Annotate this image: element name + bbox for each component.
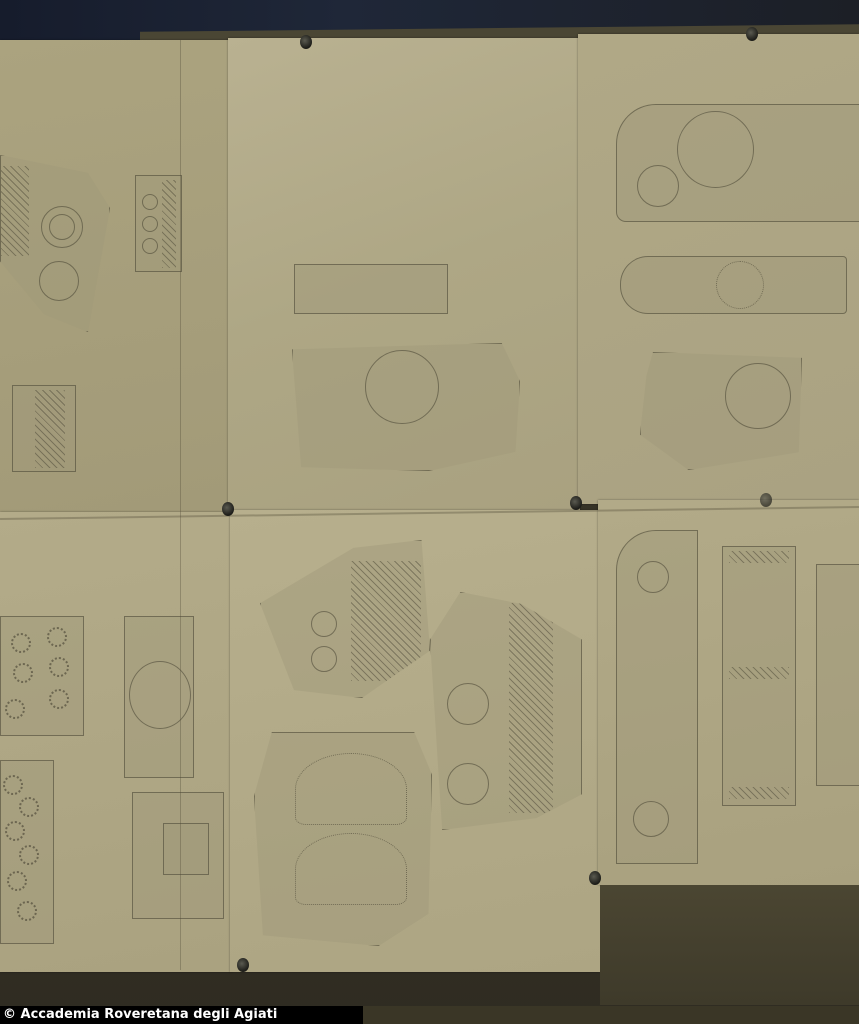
drawing-reclining-figure: [294, 264, 448, 314]
sheet-bottom-right: [598, 500, 859, 885]
drawing-tongue-leaf-capital: [254, 732, 432, 946]
pin: [570, 496, 582, 510]
board-bottom-right: [600, 885, 859, 1005]
sheet-top-right: [578, 34, 859, 504]
drawing-figure-shield: [292, 343, 520, 471]
drawing-capital-spirals: [0, 155, 110, 332]
copyright-watermark: © Accademia Roveretana degli Agiati: [0, 1006, 363, 1024]
drawing-scroll-circles-fragment: [260, 540, 430, 698]
drawing-spiral-herringbone-capital: [430, 592, 582, 830]
pin: [222, 502, 234, 516]
sheet-top-center: [228, 38, 580, 513]
pin: [746, 27, 758, 41]
board-bottom-strip: [360, 1006, 859, 1024]
drawing-eagles-panel: [722, 546, 796, 806]
pin: [237, 958, 249, 972]
sheet-bottom-center: [230, 510, 600, 972]
drawing-partial-figure: [816, 564, 859, 786]
drawing-frieze-circles: [135, 175, 182, 272]
drawing-helmet-figure: [616, 104, 859, 222]
drawing-elongated-figure: [620, 256, 847, 314]
drawing-warrior-round-shield: [640, 352, 802, 470]
drawing-band-circles: [12, 385, 76, 472]
fold-line-vertical: [180, 40, 181, 970]
pin: [589, 871, 601, 885]
drawing-animal-panel: [132, 792, 224, 919]
pin: [760, 493, 772, 507]
sheet-bottom-left: [0, 512, 232, 972]
drawing-rosette-pilaster: [0, 760, 54, 944]
drawing-rosette-panel: [0, 616, 84, 736]
drawing-vine-scroll-pilaster: [616, 530, 698, 864]
pin: [300, 35, 312, 49]
sheet-top-left: [0, 40, 230, 515]
drawing-medallion-bust: [124, 616, 194, 778]
photograph: © Accademia Roveretana degli Agiati: [0, 0, 859, 1024]
